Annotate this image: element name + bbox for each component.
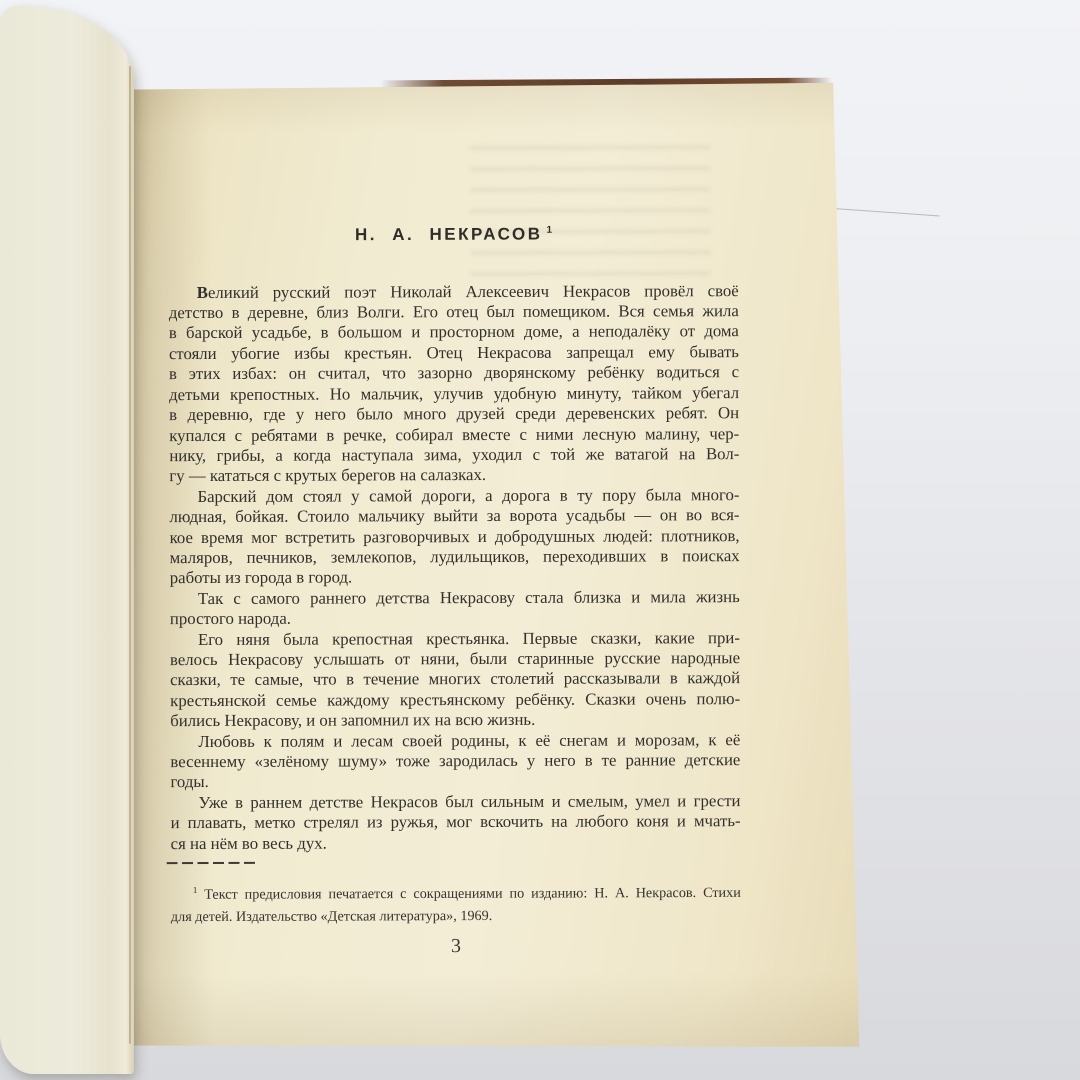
text-line: Великий русский поэт Николай Алексеевич … — [169, 281, 739, 303]
text-line: в деревню, где у него было много друзей … — [169, 403, 739, 425]
text-line: простого народа. — [170, 607, 740, 629]
text-line: маляров, печников, землекопов, лудильщик… — [170, 546, 740, 568]
text-line: работы из города в город. — [170, 566, 740, 588]
book-page: Н. А. НЕКРАСОВ1 Великий русский поэт Ник… — [120, 83, 859, 1052]
text-line: бились Некрасову, и он запомнил их на вс… — [170, 709, 740, 731]
text-line: ся на нём во весь дух. — [171, 832, 741, 854]
text-line: годы. — [170, 771, 740, 793]
text-line: Уже в раннем детстве Некрасов был сильны… — [170, 791, 740, 813]
text-line: Барский дом стоял у самой дороги, а доро… — [169, 485, 739, 507]
text-line: гу — кататься с крутых берегов на салазк… — [169, 464, 739, 486]
text-line: кое время мог встретить разговорчивых и … — [170, 526, 740, 548]
text-line: сказки, те самые, что в течение многих с… — [170, 668, 740, 690]
book-photo: Н. А. НЕКРАСОВ1 Великий русский поэт Ник… — [0, 0, 1080, 1080]
page-content: Н. А. НЕКРАСОВ1 Великий русский поэт Ник… — [168, 83, 741, 959]
footnote-ref-mark: 1 — [193, 885, 198, 895]
footnote-text: 1 Текст предисловия печатается с сокраще… — [171, 877, 741, 929]
text-line: крестьянской семье каждому крестьянскому… — [170, 689, 740, 711]
text-line: Любовь к полям и лесам своей родины, к е… — [170, 730, 740, 752]
text-line: и плавать, метко стрелял из ружья, мог в… — [171, 811, 741, 833]
text-line: Так с самого раннего детства Некрасову с… — [170, 587, 740, 609]
text-line: нику, грибы, а когда наступала зима, ухо… — [169, 444, 739, 466]
body-text: Великий русский поэт Николай Алексеевич … — [169, 281, 741, 854]
text-line: в барской усадьбе, в большом и просторно… — [169, 322, 739, 344]
text-line: людная, бойкая. Стоило мальчику выйти за… — [169, 505, 739, 527]
footnote-separator — [167, 862, 259, 864]
text-line: купался с ребятами в речке, собирал вмес… — [169, 424, 739, 446]
footnote-line: для детей. Издательство «Детская литерат… — [171, 904, 741, 928]
page-title: Н. А. НЕКРАСОВ1 — [168, 219, 738, 247]
page-edge-line — [129, 66, 131, 1044]
page-title-text: Н. А. НЕКРАСОВ — [355, 224, 543, 244]
text-line: в этих избах: он считал, что зазорно дво… — [169, 362, 739, 384]
text-line: детьми крепостных. Но мальчик, улучив уд… — [169, 383, 739, 405]
text-line: стояли убогие избы крестьян. Отец Некрас… — [169, 342, 739, 364]
text-line: весеннему «зелёному шуму» тоже зародилас… — [170, 750, 740, 772]
page-number: 3 — [171, 934, 741, 959]
text-line: Его няня была крепостная крестьянка. Пер… — [170, 628, 740, 650]
book-left-pages — [0, 6, 134, 1074]
text-line: детство в деревне, близ Волги. Его отец … — [169, 301, 739, 323]
title-footnote-ref: 1 — [546, 225, 552, 236]
text-line: велось Некрасову услышать от няни, были … — [170, 648, 740, 670]
footnote-line: 1 Текст предисловия печатается с сокраще… — [171, 877, 741, 906]
